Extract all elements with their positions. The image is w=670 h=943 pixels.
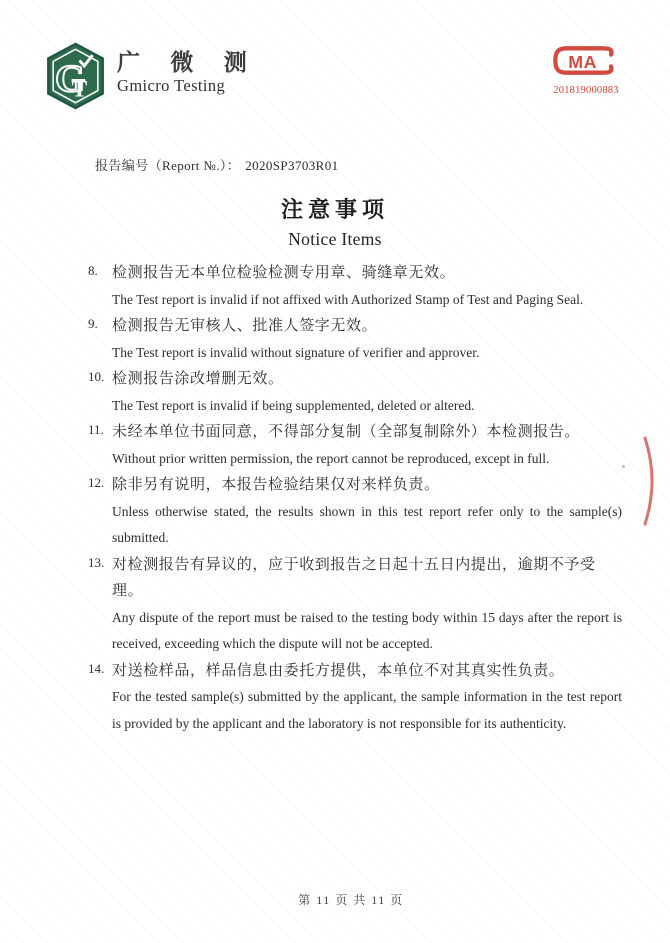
logo-letter-t: T <box>72 76 88 102</box>
gmicro-hexagon-icon: G T <box>44 42 107 110</box>
notice-text-zh: 对送检样品，样品信息由委托方提供，本单位不对其真实性负责。 <box>112 658 622 685</box>
notice-number: 10. <box>88 364 112 391</box>
notice-text-en: The Test report is invalid if being supp… <box>112 393 622 420</box>
notice-text-zh: 对检测报告有异议的，应于收到报告之日起十五日内提出，逾期不予受理。 <box>112 552 622 605</box>
notice-item: 9. 检测报告无审核人、批准人签字无效。 The Test report is … <box>112 313 622 366</box>
notice-number: 13. <box>88 550 112 577</box>
notice-text-zh: 检测报告涂改增删无效。 <box>112 366 622 393</box>
seal-speck-icon <box>622 465 625 468</box>
notice-item: 10. 检测报告涂改增删无效。 The Test report is inval… <box>112 366 622 419</box>
brand-name-zh: 广 微 测 <box>117 50 259 74</box>
cma-icon: MA <box>553 46 619 75</box>
gmicro-logo: G T 广 微 测 Gmicro Testing <box>44 42 259 110</box>
notice-number: 8. <box>88 258 112 285</box>
page-footer: 第 11 页 共 11 页 <box>0 891 670 908</box>
cma-license-number: 201819000883 <box>551 85 621 96</box>
notice-text-zh: 未经本单位书面同意，不得部分复制（全部复制除外）本检测报告。 <box>112 419 622 446</box>
seal-edge-arc-icon <box>642 436 662 526</box>
notice-item: 11. 未经本单位书面同意，不得部分复制（全部复制除外）本检测报告。 Witho… <box>112 419 622 472</box>
notice-item: 13. 对检测报告有异议的，应于收到报告之日起十五日内提出，逾期不予受理。 An… <box>112 552 622 658</box>
title-block: 注意事项 Notice Items <box>0 193 670 250</box>
notice-text-zh: 检测报告无审核人、批准人签字无效。 <box>112 313 622 340</box>
notice-list: 8. 检测报告无本单位检验检测专用章、骑缝章无效。 The Test repor… <box>112 260 622 737</box>
report-number-label: 报告编号（Report №.）： <box>95 158 240 173</box>
notice-number: 9. <box>88 311 112 338</box>
notice-text-zh: 检测报告无本单位检验检测专用章、骑缝章无效。 <box>112 260 622 287</box>
brand-text: 广 微 测 Gmicro Testing <box>117 42 259 95</box>
notice-item: 14. 对送检样品，样品信息由委托方提供，本单位不对其真实性负责。 For th… <box>112 658 622 738</box>
notice-number: 12. <box>88 470 112 497</box>
report-page: G T 广 微 测 Gmicro Testing MA 201819000883… <box>0 0 670 943</box>
notice-text-en: For the tested sample(s) submitted by th… <box>112 684 622 737</box>
page-title-en: Notice Items <box>0 229 670 250</box>
cma-mark: MA 201819000883 <box>551 46 621 96</box>
notice-text-en: Unless otherwise stated, the results sho… <box>112 499 622 552</box>
notice-item: 8. 检测报告无本单位检验检测专用章、骑缝章无效。 The Test repor… <box>112 260 622 313</box>
notice-text-zh: 除非另有说明，本报告检验结果仅对来样负责。 <box>112 472 622 499</box>
notice-number: 11. <box>88 417 112 444</box>
cma-letters: MA <box>568 52 597 72</box>
page-number-text: 第 11 页 共 11 页 <box>298 893 404 907</box>
notice-item: 12. 除非另有说明，本报告检验结果仅对来样负责。 Unless otherwi… <box>112 472 622 552</box>
notice-text-en: Without prior written permission, the re… <box>112 446 622 473</box>
report-number-line: 报告编号（Report №.）：2020SP3703R01 <box>95 155 339 174</box>
report-number-value: 2020SP3703R01 <box>245 158 338 173</box>
notice-text-en: The Test report is invalid if not affixe… <box>112 287 622 314</box>
brand-name-en: Gmicro Testing <box>117 77 259 95</box>
notice-number: 14. <box>88 656 112 683</box>
page-title-zh: 注意事项 <box>0 193 670 224</box>
notice-text-en: The Test report is invalid without signa… <box>112 340 622 367</box>
notice-text-en: Any dispute of the report must be raised… <box>112 605 622 658</box>
